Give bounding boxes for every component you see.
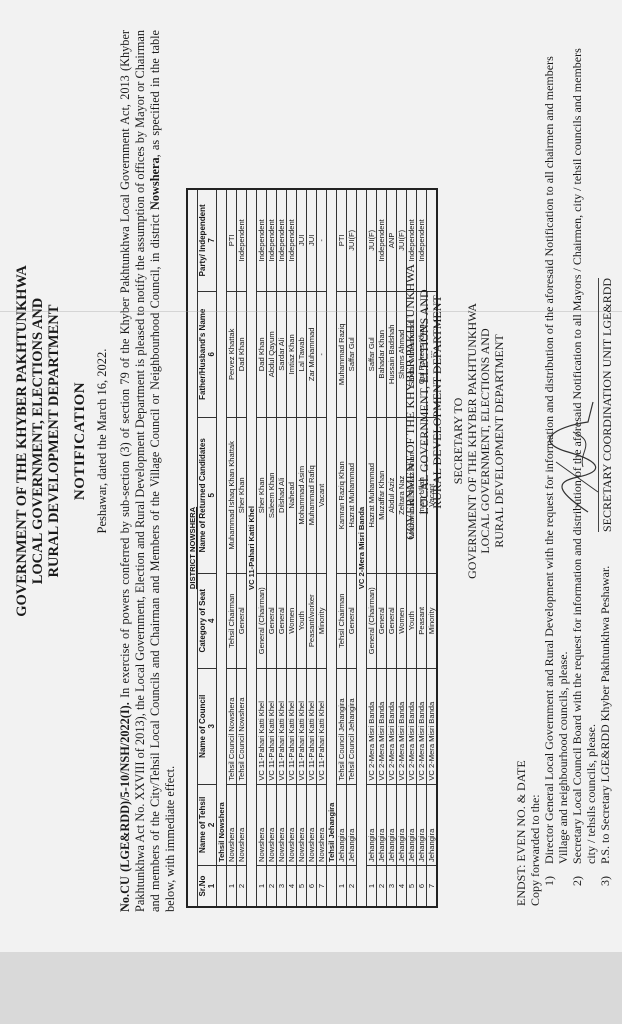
secretary-signature-block: SECRETARY TO GOVERNMENT OF THE KHYBER PA…: [452, 30, 506, 852]
table-cell: Nowshera: [227, 784, 237, 865]
table-cell: Jehangira: [377, 784, 387, 865]
table-row: 5NowsheraVC 11-Pahari Katti KhelYouthMoh…: [297, 189, 307, 907]
table-cell: 2: [377, 866, 387, 908]
table-row: 2NowsheraVC 11-Pahari Katti KhelGeneralS…: [267, 189, 277, 907]
table-cell: Sher Khan: [257, 417, 267, 573]
table-cell: Independent: [277, 189, 287, 291]
table-cell: Hazrat Muhammad: [367, 417, 377, 573]
table-cell: Tehsil Chairman: [227, 573, 237, 668]
table-cell: 3: [277, 866, 287, 908]
table-cell: 5: [407, 866, 417, 908]
district-name: Nowshera: [148, 157, 162, 210]
table-cell: Jehangira: [427, 784, 438, 865]
table-cell: Nowshera: [267, 784, 277, 865]
table-cell: Independent: [287, 189, 297, 291]
table-cell: VC 11-Pahari Katti Khel: [307, 668, 317, 784]
table-cell: Jehangira: [367, 784, 377, 865]
secretary-line: SECRETARY TO: [452, 30, 466, 852]
scanned-notification-page: GOVERNMENT OF THE KHYBER PAKHTUNKHWA LOC…: [0, 0, 622, 952]
table-cell: VC 11-Pahari Katti Khel: [257, 668, 267, 784]
table-cell: PTI: [227, 189, 237, 291]
column-header: Name of Tehsil2: [198, 784, 217, 865]
council-subtitle: VC 2-Mera Misri Banda: [357, 189, 367, 907]
scan-artifact-line: [0, 311, 622, 312]
table-cell: VC 2-Mera Misri Banda: [387, 668, 397, 784]
table-cell: Tehsil Council Nowshera: [227, 668, 237, 784]
table-cell: VC 2-Mera Misri Banda: [407, 668, 417, 784]
table-cell: Muhammad Rafiq: [307, 417, 317, 573]
column-header: Name of Council3: [198, 668, 217, 784]
district-title: DISTRICT NOWSHERA: [187, 189, 198, 907]
table-cell: Nowshera: [277, 784, 287, 865]
table-cell: Women: [287, 573, 297, 668]
table-cell: Independent: [377, 189, 387, 291]
council-subtitle-row: VC 2-Mera Misri Banda: [357, 189, 367, 907]
copy-forwarded-label: Copy forwarded to the:: [528, 30, 542, 906]
table-cell: VC 11-Pahari Katti Khel: [287, 668, 297, 784]
table-cell: 7: [427, 866, 438, 908]
table-cell: 2: [267, 866, 277, 908]
table-cell: VC 2-Mera Misri Banda: [397, 668, 407, 784]
table-cell: 1: [367, 866, 377, 908]
table-cell: VC 2-Mera Misri Banda: [377, 668, 387, 784]
column-header: Name of Returned Candidates5: [198, 417, 217, 573]
table-cell: VC 11-Pahari Katti Khel: [277, 668, 287, 784]
table-cell: Independent: [257, 189, 267, 291]
table-row: 6NowsheraVC 11-Pahari Katti KhelPeasant/…: [307, 189, 317, 907]
table-cell: Nowshera: [317, 784, 327, 865]
table-cell: Kamran Raziq Khan: [337, 417, 347, 573]
letterhead-line: GOVERNMENT OF THE KHYBER PAKHTUNKHWA: [14, 30, 30, 852]
table-cell: Muzaffar Khan: [377, 417, 387, 573]
table-cell: Abdul Aziz: [387, 417, 397, 573]
table-cell: Nowshera: [257, 784, 267, 865]
table-cell: Minority: [317, 573, 327, 668]
table-cell: Jehangira: [337, 784, 347, 865]
table-cell: 4: [287, 866, 297, 908]
table-cell: Sher Khan: [237, 417, 247, 573]
table-cell: Tehsil Council Jehangira: [347, 668, 357, 784]
table-cell: General: [267, 573, 277, 668]
table-cell: VC 11-Pahari Katti Khel: [317, 668, 327, 784]
table-row: 4NowsheraVC 11-Pahari Katti KhelWomenNah…: [287, 189, 297, 907]
table-cell: 6: [307, 866, 317, 908]
table-cell: Saleem Khan: [267, 417, 277, 573]
table-cell: Dilshad Ali: [277, 417, 287, 573]
footer-govt-block: GOVERNMENT OF THE KHYBER PAKHTUNKHWA LOC…: [404, 182, 445, 622]
table-cell: General: [377, 573, 387, 668]
table-cell: Jehangira: [407, 784, 417, 865]
table-cell: 1: [257, 866, 267, 908]
table-cell: Independent: [237, 189, 247, 291]
secretary-line: GOVERNMENT OF THE KHYBER PAKHTUNKHWA: [466, 30, 480, 852]
table-cell: Nowshera: [297, 784, 307, 865]
column-header: Category of Seat4: [198, 573, 217, 668]
table-cell: VC 11-Pahari Katti Khel: [297, 668, 307, 784]
dated-line: Peshawar, dated the March 16, 2022.: [95, 30, 110, 852]
table-cell: General: [277, 573, 287, 668]
table-cell: Tehsil Council Nowshera: [237, 668, 247, 784]
bottom-signatory: SECRETARY COORDINATION UNIT LGE&RDD: [598, 278, 614, 532]
secretary-line: RURAL DEVELOPMENT DEPARTMENT: [493, 30, 507, 852]
table-cell: General (Chairman): [257, 573, 267, 668]
table-cell: ANP: [387, 189, 397, 291]
table-cell: Tehsil Chairman: [337, 573, 347, 668]
table-header-row: Sr.No1Name of Tehsil2Name of Council3Cat…: [198, 189, 217, 907]
table-cell: Jehangira: [387, 784, 397, 865]
table-cell: General: [237, 573, 247, 668]
council-subtitle: VC 11-Pahari Katti Khel: [247, 189, 257, 907]
table-cell: VC 2-Mera Misri Banda: [417, 668, 427, 784]
table-cell: Peasant/worker: [307, 573, 317, 668]
table-cell: 1: [337, 866, 347, 908]
table-cell: Independent: [267, 189, 277, 291]
table-cell: Jehangira: [347, 784, 357, 865]
table-cell: 5: [297, 866, 307, 908]
table-cell: Nowshera: [237, 784, 247, 865]
column-header: Sr.No1: [198, 866, 217, 908]
table-row: 1JehangiraVC 2-Mera Misri BandaGeneral (…: [367, 189, 377, 907]
table-row: 3JehangiraVC 2-Mera Misri BandaGeneralAb…: [387, 189, 397, 907]
table-cell: -: [317, 189, 327, 291]
table-cell: Jehangira: [417, 784, 427, 865]
table-row: 2NowsheraTehsil Council NowsheraGeneralS…: [237, 189, 247, 907]
table-cell: Tehsil Council Jehangira: [337, 668, 347, 784]
table-cell: 1: [227, 866, 237, 908]
footer-line: GOVERNMENT OF THE KHYBER PAKHTUNKHWA: [404, 182, 418, 622]
table-cell: 2: [347, 866, 357, 908]
section-title: Tehsil Nowshera: [217, 189, 227, 866]
council-subtitle-row: VC 11-Pahari Katti Khel: [247, 189, 257, 907]
table-row: 2JehangiraVC 2-Mera Misri BandaGeneralMu…: [377, 189, 387, 907]
table-cell: Nahead: [287, 417, 297, 573]
table-cell: General: [347, 573, 357, 668]
table-cell: Vacant: [317, 417, 327, 573]
section-title: Tehsil Jehangira: [327, 189, 337, 866]
table-cell: JUI(F): [347, 189, 357, 291]
notification-title: NOTIFICATION: [72, 30, 89, 852]
table-cell: Nowshera: [307, 784, 317, 865]
table-cell: 2: [237, 866, 247, 908]
table-cell: JUI(F): [367, 189, 377, 291]
reference-number: No.CU (LGE&RDD)/5-10/NSH/2022(I).: [118, 702, 132, 912]
table-cell: Nowshera: [287, 784, 297, 865]
table-cell: 6: [417, 866, 427, 908]
table-cell: 3: [387, 866, 397, 908]
notification-paragraph: No.CU (LGE&RDD)/5-10/NSH/2022(I). In exe…: [118, 30, 178, 912]
table-cell: VC 11-Pahari Katti Khel: [267, 668, 277, 784]
table-row: 1NowsheraVC 11-Pahari Katti KhelGeneral …: [257, 189, 267, 907]
table-cell: JUI: [307, 189, 317, 291]
footer-line: LOCAL GOVERNMENT, ELECTIONS AND: [418, 182, 432, 622]
table-cell: VC 2-Mera Misri Banda: [427, 668, 438, 784]
table-row: 2JehangiraTehsil Council JehangiraGenera…: [347, 189, 357, 907]
table-cell: Muhammad Ishaq Khan Khattak: [227, 417, 237, 573]
table-row: 7NowsheraVC 11-Pahari Katti KhelMinority…: [317, 189, 327, 907]
footer-line: RURAL DEVELOPMENT DEPARTMENT: [431, 182, 445, 622]
table-cell: Mohammad Asim: [297, 417, 307, 573]
table-row: 3NowsheraVC 11-Pahari Katti KhelGeneralD…: [277, 189, 287, 907]
letterhead-line: LOCAL GOVERNMENT, ELECTIONS AND: [30, 30, 46, 852]
district-title-row: DISTRICT NOWSHERA: [187, 189, 198, 907]
table-cell: Youth: [297, 573, 307, 668]
table-cell: PTI: [337, 189, 347, 291]
section-title-row: Tehsil Nowshera: [217, 189, 227, 907]
table-cell: 7: [317, 866, 327, 908]
table-row: 1NowsheraTehsil Council NowsheraTehsil C…: [227, 189, 237, 907]
table-row: 1JehangiraTehsil Council JehangiraTehsil…: [337, 189, 347, 907]
letterhead-line: RURAL DEVELOPMENT DEPARTMENT: [46, 30, 62, 852]
table-cell: Jehangira: [397, 784, 407, 865]
letterhead: GOVERNMENT OF THE KHYBER PAKHTUNKHWA LOC…: [14, 30, 62, 852]
table-cell: Hazrat Muhammad: [347, 417, 357, 573]
table-cell: VC 2-Mera Misri Banda: [367, 668, 377, 784]
table-cell: 4: [397, 866, 407, 908]
table-cell: JUI: [297, 189, 307, 291]
secretary-line: LOCAL GOVERNMENT, ELECTIONS AND: [479, 30, 493, 852]
returned-candidates-table: DISTRICT NOWSHERA Sr.No1Name of Tehsil2N…: [186, 188, 438, 908]
endorsement-title: ENDST: EVEN NO. & DATE: [514, 30, 528, 906]
table-cell: General (Chairman): [367, 573, 377, 668]
column-header: Party/ Independent7: [198, 189, 217, 291]
section-title-row: Tehsil Jehangira: [327, 189, 337, 907]
table-cell: General: [387, 573, 397, 668]
